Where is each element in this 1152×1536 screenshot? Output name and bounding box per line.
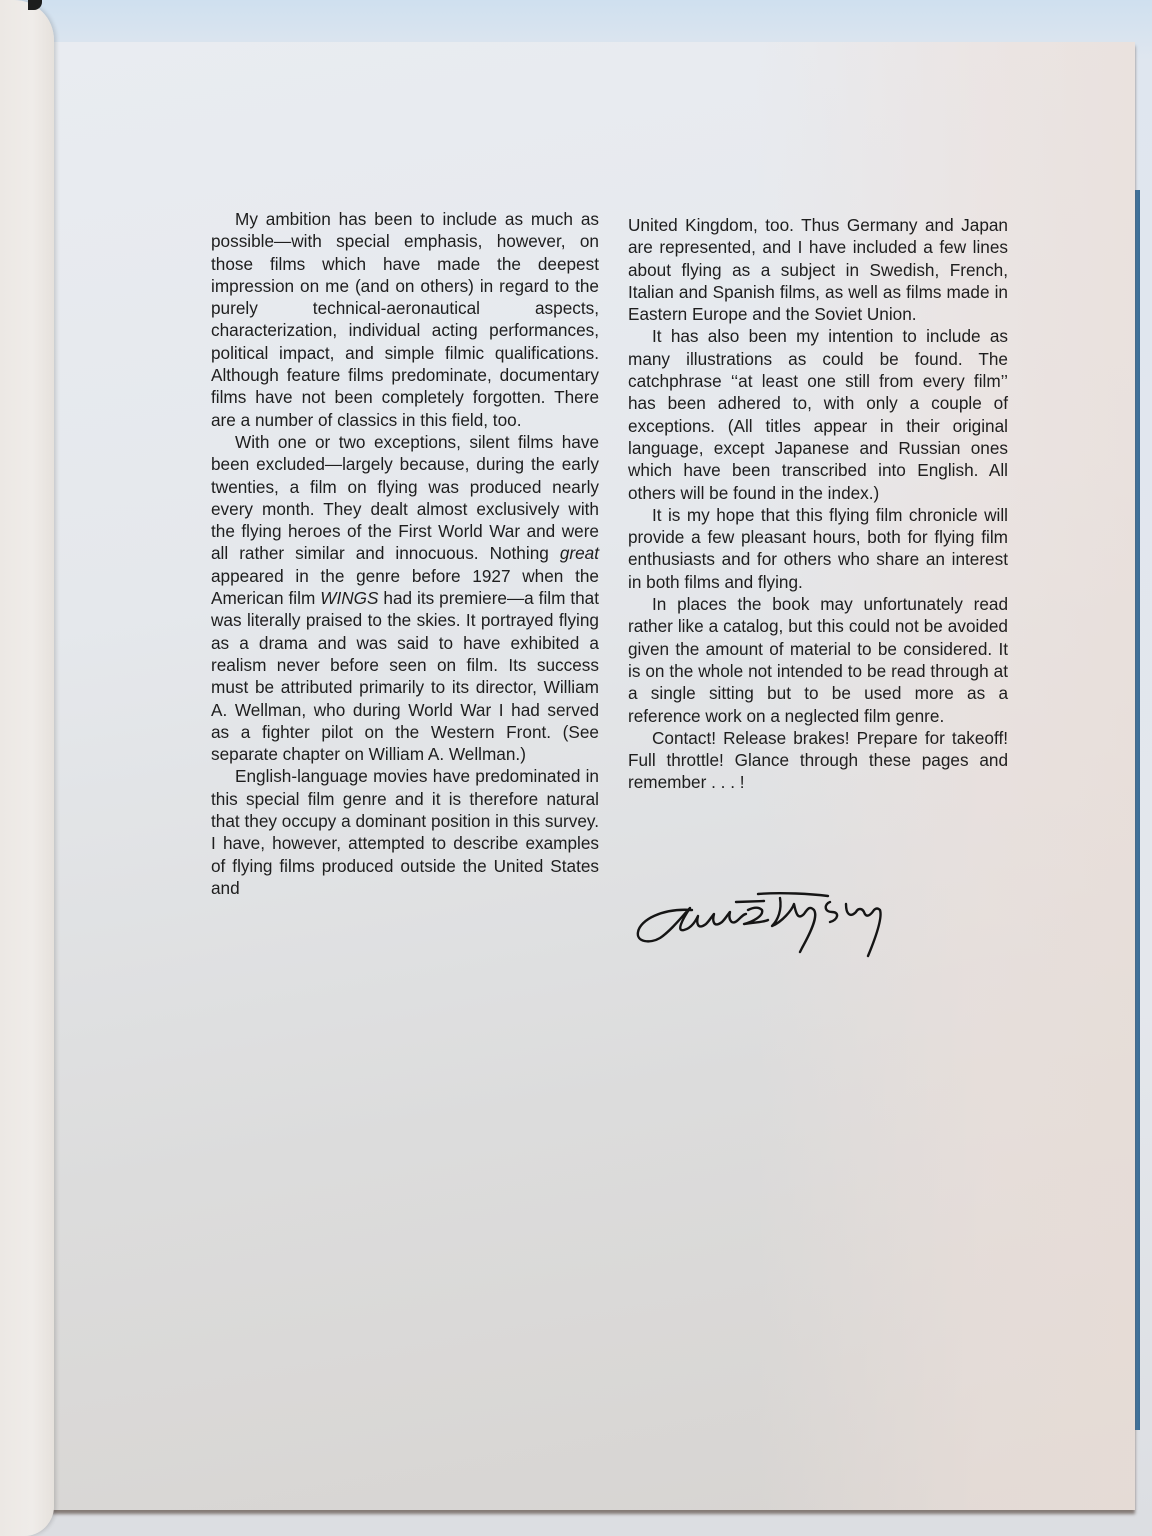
film-title-wings: WINGS: [320, 588, 378, 608]
paragraph: With one or two exceptions, silent films…: [211, 431, 599, 765]
paragraph: Contact! Release brakes! Prepare for tak…: [628, 727, 1008, 794]
paragraph-continued: United Kingdom, too. Thus Germany and Ja…: [628, 214, 1008, 325]
emphasis-great: great: [560, 543, 599, 563]
right-text-column: United Kingdom, too. Thus Germany and Ja…: [628, 214, 1008, 794]
previous-page-leaf: [0, 0, 54, 1536]
left-text-column: My ambition has been to include as much …: [211, 208, 599, 899]
paragraph: In places the book may unfortunately rea…: [628, 593, 1008, 727]
signature-icon: [632, 880, 932, 980]
paragraph: English-language movies have predominate…: [211, 765, 599, 899]
paragraph: My ambition has been to include as much …: [211, 208, 599, 431]
author-signature: [632, 880, 932, 980]
paragraph: It is my hope that this flying film chro…: [628, 504, 1008, 593]
paragraph: It has also been my intention to include…: [628, 325, 1008, 503]
